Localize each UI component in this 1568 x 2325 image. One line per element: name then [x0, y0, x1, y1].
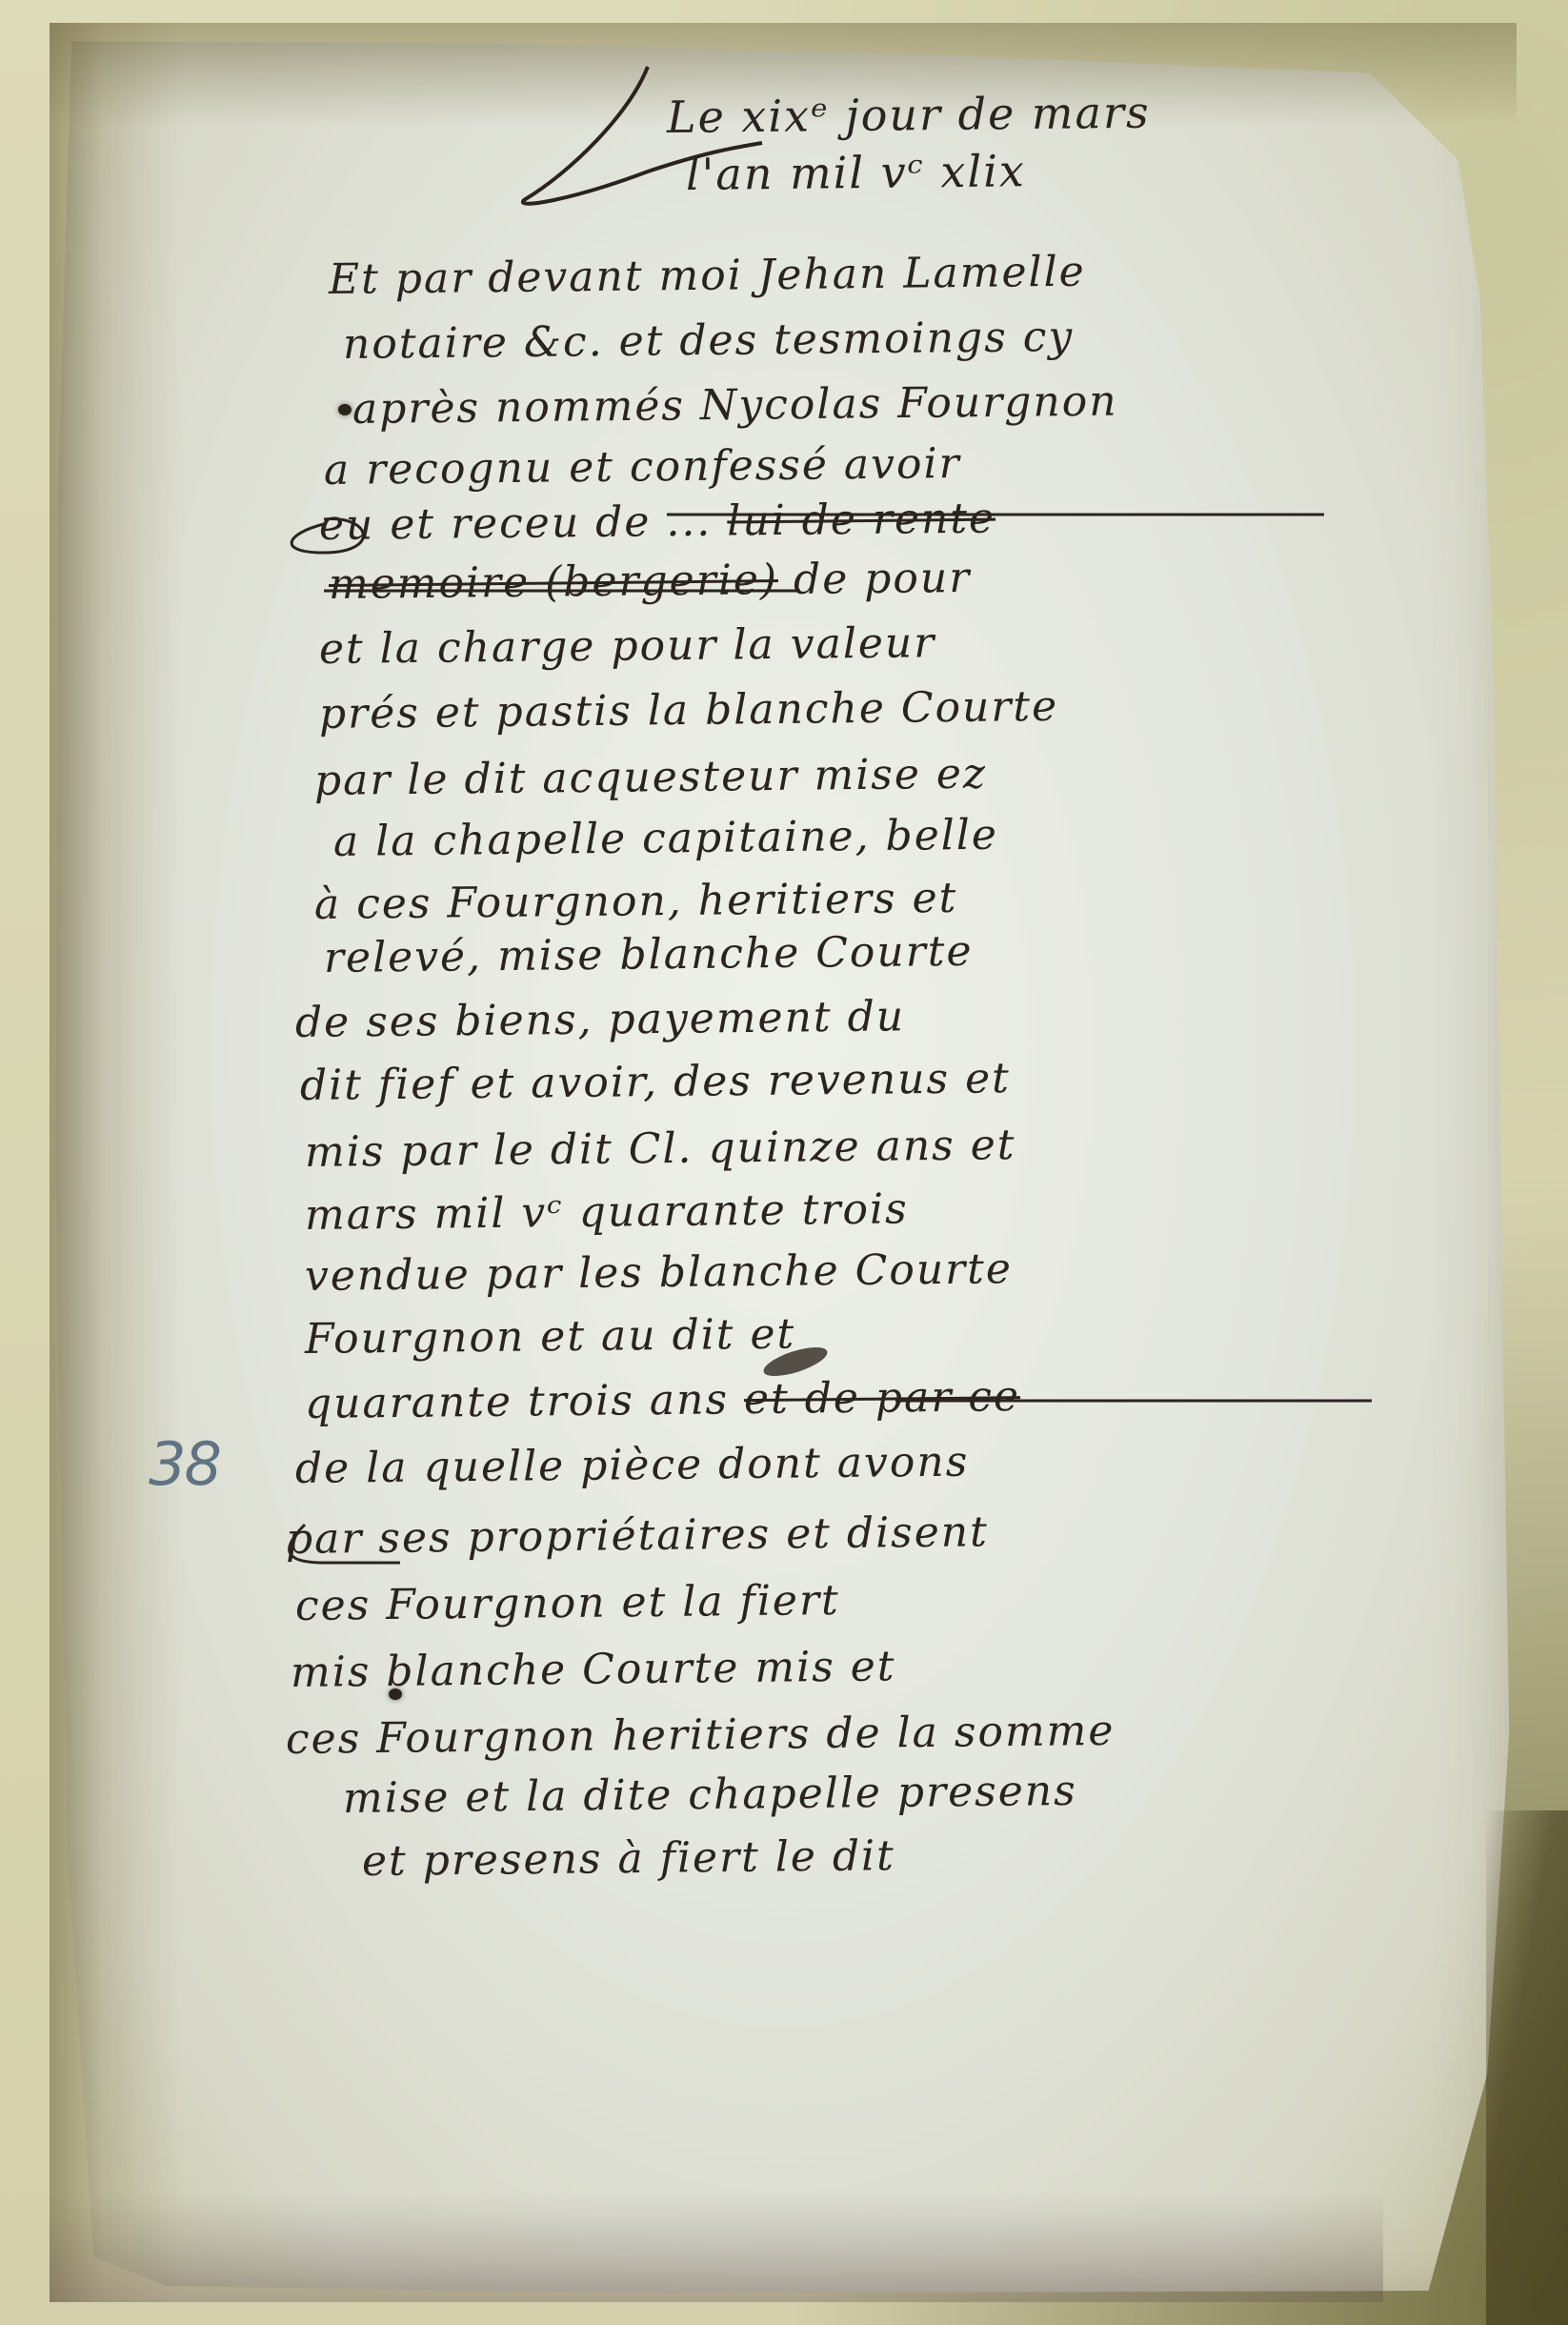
body-line: mars mil vᶜ quarante trois	[305, 1188, 909, 1237]
heading-line-1: Le xixᵉ jour de mars	[667, 91, 1151, 139]
body-line: après nommés Nycolas Fourgnon	[352, 381, 1118, 431]
body-line: prés et pastis la blanche Courte	[319, 686, 1059, 736]
body-line: eu et receu de ... lui de rente	[319, 498, 996, 547]
body-line: de la quelle pièce dont avons	[295, 1442, 970, 1490]
body-line: mise et la dite chapelle presens	[343, 1770, 1077, 1820]
body-line: memoire (bergerie) de pour	[329, 557, 972, 606]
paper-hole	[338, 404, 352, 415]
body-line: quarante trois ans et de par ce	[305, 1376, 1020, 1425]
body-line: à ces Fourgnon, heritiers et	[314, 878, 958, 926]
body-line-text: de pour	[794, 554, 972, 604]
body-line: ces Fourgnon heritiers de la somme	[286, 1710, 1116, 1761]
heading-line-2: l'an mil vᶜ xlix	[686, 149, 1026, 196]
body-line: mis blanche Courte mis et	[291, 1646, 896, 1694]
body-line: a la chapelle capitaine, belle	[333, 815, 998, 863]
body-line: Fourgnon et au dit et	[305, 1314, 796, 1361]
body-line: Et par devant moi Jehan Lamelle	[329, 252, 1086, 301]
struck-text: lui de rente	[727, 495, 995, 546]
body-line: vendue par les blanche Courte	[305, 1248, 1013, 1298]
folio-number: 38	[149, 1429, 220, 1499]
body-line: de ses biens, payement du	[295, 996, 906, 1044]
body-line: par le dit acquesteur mise ez	[314, 754, 988, 802]
body-line: et la charge pour la valeur	[319, 622, 936, 671]
body-line: mis par le dit Cl. quinze ans et	[305, 1124, 1016, 1174]
body-line-text: eu et receu de ...	[319, 497, 728, 550]
body-line-text: quarante trois ans	[305, 1375, 730, 1428]
body-line: a recognu et confessé avoir	[324, 443, 961, 492]
body-line: notaire &c. et des tesmoings cy	[343, 316, 1075, 366]
body-line: ces Fourgnon et la fiert	[295, 1580, 840, 1627]
struck-text: memoire (bergerie)	[329, 556, 779, 609]
body-line: et presens à fiert le dit	[362, 1835, 895, 1883]
body-line: relevé, mise blanche Courte	[324, 931, 974, 980]
body-line: par ses propriétaires et disent	[286, 1511, 989, 1561]
struck-text: et de par ce	[744, 1372, 1021, 1424]
body-line: dit fief et avoir, des revenus et	[300, 1058, 1011, 1107]
